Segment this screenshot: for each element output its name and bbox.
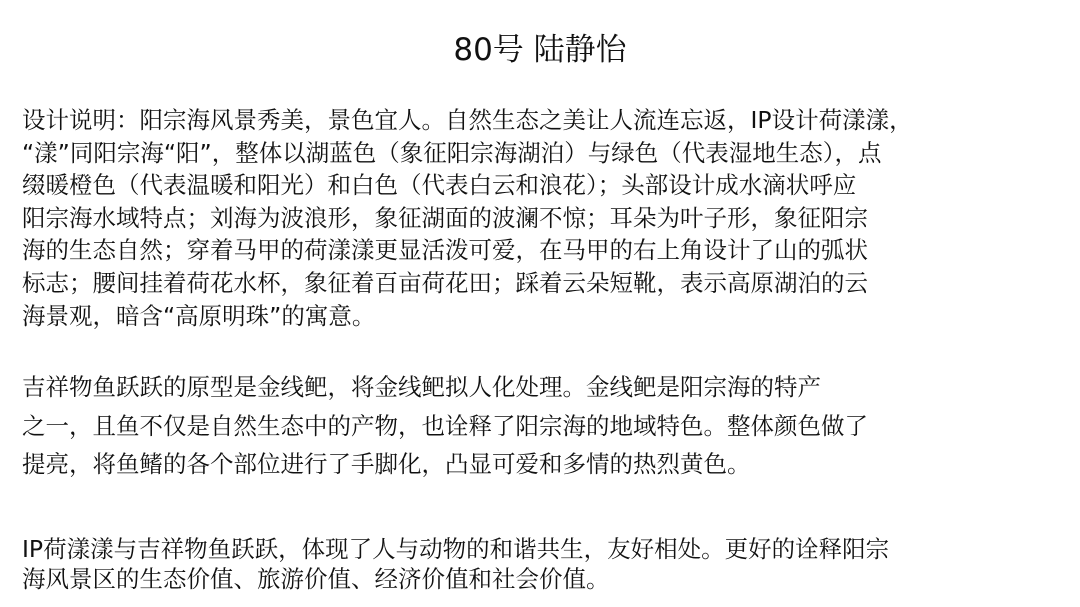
paragraph-line: 设计说明：阳宗海风景秀美，景色宜人。自然生态之美让人流连忘返，IP设计荷漾漾， (22, 104, 1072, 137)
mascot-description-paragraph: 吉祥物鱼跃跃的原型是金线鲃，将金线鲃拟人化处理。金线鲃是阳宗海的特产 之一，且鱼… (22, 368, 1072, 484)
paragraph-line: 海的生态自然；穿着马甲的荷漾漾更显活泼可爱，在马甲的右上角设计了山的弧状 (22, 234, 1072, 267)
paragraph-line: 阳宗海水域特点；刘海为波浪形，象征湖面的波澜不惊；耳朵为叶子形，象征阳宗 (22, 202, 1072, 235)
summary-paragraph: IP荷漾漾与吉祥物鱼跃跃，体现了人与动物的和谐共生，友好相处。更好的诠释阳宗 海… (22, 534, 1072, 594)
paragraph-line: IP荷漾漾与吉祥物鱼跃跃，体现了人与动物的和谐共生，友好相处。更好的诠释阳宗 (22, 534, 1072, 564)
paragraph-line: 海风景区的生态价值、旅游价值、经济价值和社会价值。 (22, 564, 1072, 594)
page-title: 80号 陆静怡 (0, 30, 1080, 70)
paragraph-line: 之一，且鱼不仅是自然生态中的产物，也诠释了阳宗海的地域特色。整体颜色做了 (22, 407, 1072, 446)
paragraph-line: 吉祥物鱼跃跃的原型是金线鲃，将金线鲃拟人化处理。金线鲃是阳宗海的特产 (22, 368, 1072, 407)
paragraph-line: 缀暖橙色（代表温暖和阳光）和白色（代表白云和浪花）；头部设计成水滴状呼应 (22, 169, 1072, 202)
design-description-paragraph: 设计说明：阳宗海风景秀美，景色宜人。自然生态之美让人流连忘返，IP设计荷漾漾， … (22, 104, 1072, 332)
paragraph-line: “漾”同阳宗海“阳”，整体以湖蓝色（象征阳宗海湖泊）与绿色（代表湿地生态），点 (22, 137, 1072, 170)
paragraph-line: 海景观，暗含“高原明珠”的寓意。 (22, 300, 1072, 333)
paragraph-line: 提亮，将鱼鳍的各个部位进行了手脚化，凸显可爱和多情的热烈黄色。 (22, 445, 1072, 484)
paragraph-line: 标志；腰间挂着荷花水杯，象征着百亩荷花田；踩着云朵短靴，表示高原湖泊的云 (22, 267, 1072, 300)
